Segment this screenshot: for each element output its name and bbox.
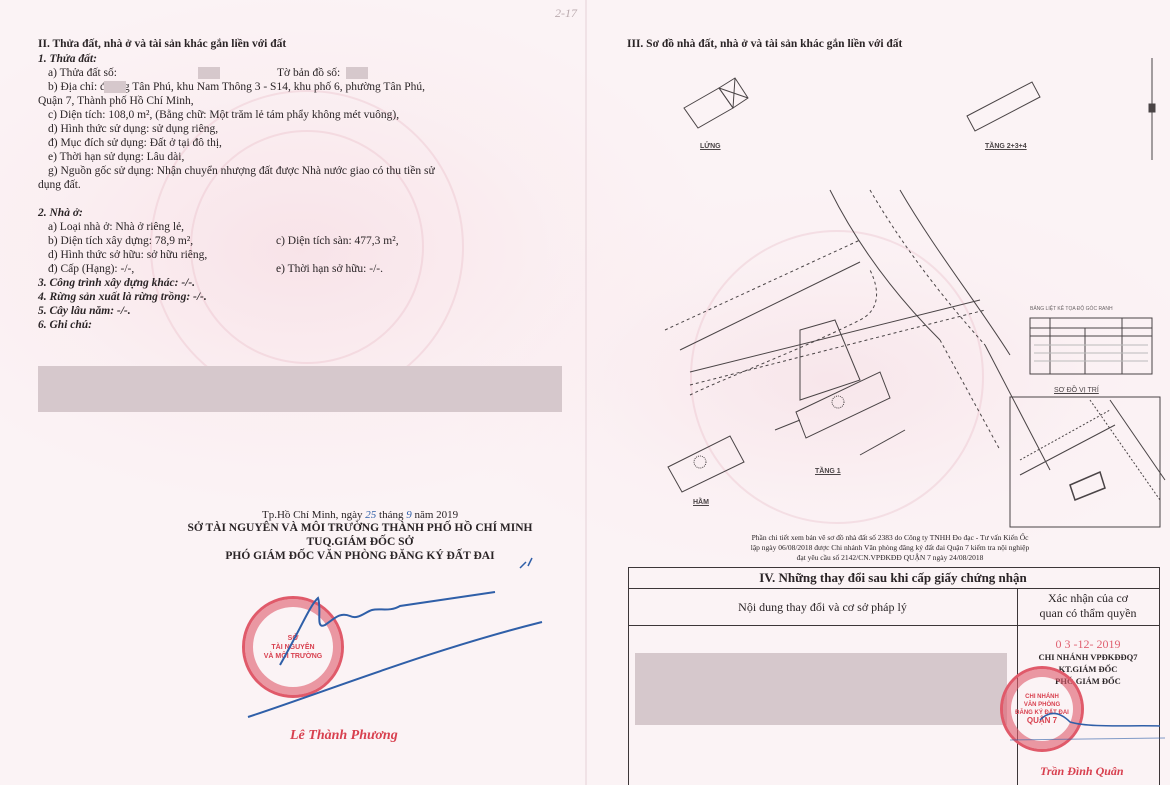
signer-name-right: Trần Đình Quân bbox=[1040, 764, 1124, 779]
signature-stroke-right bbox=[0, 0, 1170, 785]
